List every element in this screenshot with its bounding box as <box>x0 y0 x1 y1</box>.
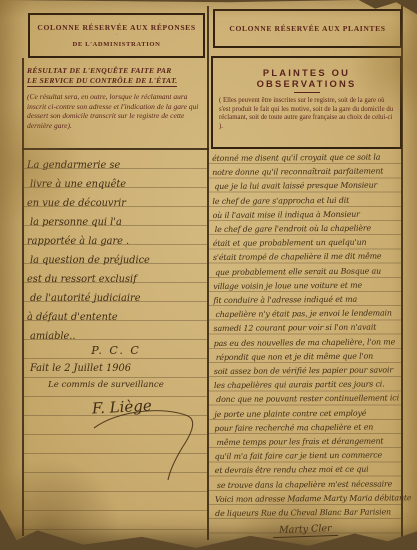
signature-right: Marty Cler <box>212 524 398 537</box>
manuscript-line: donc que ne pouvant rester continuelleme… <box>214 392 406 408</box>
manuscript-line: rapportée à la gare . <box>27 232 205 251</box>
manuscript-line: de l'autorité judiciaire <box>27 289 205 308</box>
left-column-rule <box>22 148 209 150</box>
plaintes-title: PLAINTES OU OBSERVATIONS <box>213 67 400 89</box>
right-header-box: COLONNE RÉSERVÉE AUX PLAINTES <box>213 9 402 48</box>
left-header-title: COLONNE RÉSERVÉE AUX RÉPONSES <box>30 23 203 32</box>
role-line: Le commis de surveillance <box>48 380 218 390</box>
manuscript-line: en vue de découvrir <box>27 194 205 213</box>
manuscript-line: qu'il m'a fait faire car je tient un com… <box>215 449 407 465</box>
left-header-box: COLONNE RÉSERVÉE AUX RÉPONSES · DE L'ADM… <box>28 13 205 58</box>
result-title: RÉSULTAT DE L'ENQUÊTE FAITE PAR LE SERVI… <box>27 66 205 86</box>
register-page: COLONNE RÉSERVÉE AUX RÉPONSES · DE L'ADM… <box>0 0 417 550</box>
manuscript-line: pas eu des nouvelles de ma chapelière, l… <box>214 335 406 351</box>
manuscript-line: chapelière n'y était pas, je envoi le le… <box>213 307 405 323</box>
result-title-line1: RÉSULTAT DE L'ENQUÊTE FAITE PAR <box>27 66 205 76</box>
manuscript-line: La gendarmerie se <box>27 156 205 175</box>
signature-flourish <box>86 402 216 482</box>
admin-response-manuscript: La gendarmerie se livre à une enquête en… <box>27 156 205 346</box>
page-left-border <box>22 58 24 536</box>
manuscript-line: se trouve dans la chapelière m'est néces… <box>215 477 407 493</box>
result-note: (Ce résultat sera, en outre, lorsque le … <box>27 92 203 130</box>
manuscript-line: livre à une enquête <box>27 175 205 194</box>
left-header-subtitle: DE L'ADMINISTRATION <box>30 41 203 48</box>
manuscript-line: la personne qui l'a <box>27 213 205 232</box>
manuscript-line: de liqueurs Rue du Cheval Blanc Bar Pari… <box>215 505 407 521</box>
manuscript-line: que je la lui avait laissé presque Monsi… <box>212 179 404 195</box>
result-title-line2: LE SERVICE DU CONTRÔLE DE L'ÉTAT. <box>27 76 205 86</box>
plaintes-note: ( Elles peuvent être inscrites sur le re… <box>213 97 400 131</box>
complaint-manuscript: étonné me disent qu'il croyait que ce so… <box>212 150 407 521</box>
date-line: Fait le 2 Juillet 1906 <box>30 363 208 374</box>
ornament-dot: · <box>30 34 203 38</box>
plaintes-box: PLAINTES OU OBSERVATIONS ( Elles peuvent… <box>211 56 402 149</box>
manuscript-line: s'était trompé de chapelière il me dit m… <box>213 250 405 266</box>
manuscript-line: la question de préjudice <box>27 251 205 270</box>
manuscript-line: que probablement elle serait au Bosque a… <box>213 264 405 280</box>
manuscript-line: est du ressort exclusif <box>27 270 205 289</box>
pcc-abbreviation: P. C. C <box>27 344 205 357</box>
plaintes-title-underline <box>294 92 320 93</box>
right-header-title: COLONNE RÉSERVÉE AUX PLAINTES <box>215 24 400 33</box>
manuscript-line: à défaut d'entente <box>27 308 205 327</box>
